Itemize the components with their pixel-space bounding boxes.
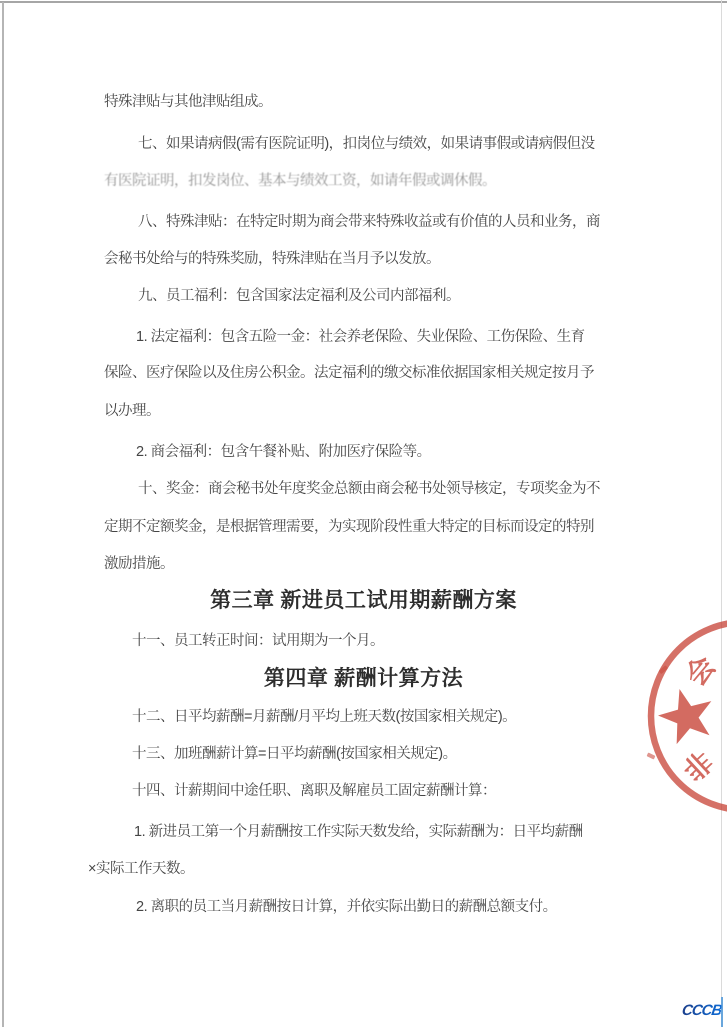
- chapter-3-heading: 第三章 新进员工试用期薪酬方案: [0, 587, 727, 613]
- body-line: 1. 新进员工第一个月薪酬按工作实际天数发给，实际薪酬为：日平均薪酬: [134, 823, 583, 841]
- scan-edge-top: [0, 1, 727, 3]
- body-line: 十一、员工转正时间：试用期为一个月。: [132, 632, 384, 650]
- body-line: 2. 商会福利：包含午餐补贴、附加医疗保险等。: [136, 443, 431, 461]
- seal-star-icon: [653, 682, 720, 747]
- body-line-faded: 有医院证明，扣发岗位、基本与绩效工资，如请年假或调休假。: [104, 172, 496, 190]
- body-line: 十三、加班酬薪计算=日平均薪酬(按国家相关规定)。: [132, 745, 457, 763]
- seal-character-bottom: 非: [676, 744, 718, 787]
- body-line: 八、特殊津贴：在特定时期为商会带来特殊收益或有价值的人员和业务，商: [138, 213, 600, 231]
- body-line: 2. 离职的员工当月薪酬按日计算，并依实际出勤日的薪酬总额支付。: [136, 898, 557, 916]
- body-line: 以办理。: [104, 402, 160, 420]
- body-line: 特殊津贴与其他津贴组成。: [104, 93, 272, 111]
- body-line: 保险、医疗保险以及住房公积金。法定福利的缴交标准依据国家相关规定按月予: [104, 364, 594, 382]
- chapter-4-heading: 第四章 薪酬计算方法: [0, 665, 727, 691]
- seal-fragment-mark: [647, 752, 656, 759]
- scanned-document-page: 特殊津贴与其他津贴组成。 七、如果请病假(需有医院证明)，扣岗位与绩效，如果请事…: [0, 0, 727, 1027]
- scan-edge-left: [2, 2, 4, 1027]
- body-line: 十二、日平均薪酬=月薪酬/月平均上班天数(按国家相关规定)。: [132, 708, 516, 726]
- body-line: ×实际工作天数。: [88, 860, 194, 878]
- body-line: 十、奖金：商会秘书处年度奖金总额由商会秘书处领导核定，专项奖金为不: [138, 480, 600, 498]
- scan-edge-right: [721, 0, 722, 999]
- body-line: 会秘书处给与的特殊奖励，特殊津贴在当月予以发放。: [104, 250, 440, 268]
- official-seal-stamp: 会 非: [627, 626, 727, 816]
- cccb-watermark: CCCB: [681, 1002, 723, 1019]
- seal-character-top: 会: [680, 650, 723, 692]
- body-line: 九、员工福利：包含国家法定福利及公司内部福利。: [138, 287, 460, 305]
- body-line: 激励措施。: [104, 555, 174, 573]
- body-line: 1. 法定福利：包含五险一金：社会养老保险、失业保险、工伤保险、生育: [136, 328, 585, 346]
- body-line: 定期不定额奖金，是根据管理需要，为实现阶段性重大特定的目标而设定的特别: [104, 518, 594, 536]
- body-line: 七、如果请病假(需有医院证明)，扣岗位与绩效，如果请事假或请病假但没: [138, 135, 595, 153]
- body-line: 十四、计薪期间中途任职、离职及解雇员工固定薪酬计算：: [132, 782, 496, 800]
